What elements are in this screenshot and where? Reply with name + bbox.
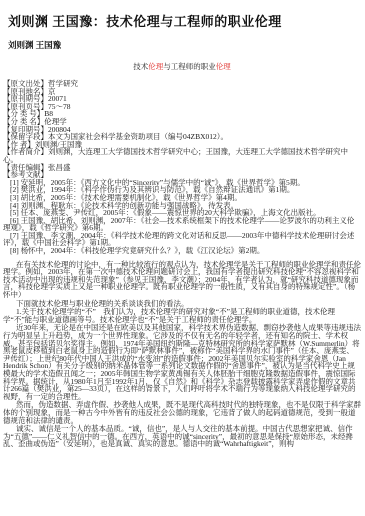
meta-value: 张昌盛	[48, 163, 71, 172]
meta-line: 【原刊页号】75～78	[3, 103, 361, 111]
article-subtitle: 技术伦理与工程师的职业伦理	[3, 63, 361, 71]
subtitle-text: 技术	[133, 62, 148, 71]
subtitle-highlight-term: 伦理	[148, 62, 163, 71]
paragraph: 在有关技术伦理的讨论中，有一种比较流行的观点认为，技术伦理学是关于工程师的职业伦…	[3, 261, 361, 299]
article-page: 刘则渊 王国豫：技术伦理与工程师的职业伦理 刘则渊 王国豫 技术伦理与工程师的职…	[0, 0, 365, 448]
reference-item: [7] 王国豫、李文潮，2004年：《科学技术伦理的跨文化对话和反思——2003…	[3, 232, 361, 247]
paragraph: 近30年来，无论是在中国还是在欧美以及其他国家，科学技术界伪造数据、剽窃抄袭他人…	[3, 324, 361, 400]
reference-item: [6] 王国豫、胡比希、刘则渊，2007年：《社会—技术系统框架下的技术伦理学—…	[3, 217, 361, 232]
meta-line: 【原文出处】哲学研究	[3, 80, 361, 88]
paragraph: 诚实、诚信是一个人的基本品质。“诚，信也”，是人与人交往的基本前提。中国古代思想…	[3, 425, 361, 448]
meta-line: 【责任编辑】张昌盛	[3, 164, 361, 172]
reference-item: [8] 杨怀中，2004年：《科技伦理学究竟研究什么？》，载《江汉论坛》第2期。	[3, 247, 361, 255]
paragraph: 1.关于技术伦理学的“不” 我们认为，技术伦理学的研究对象“不”是工程师的职业道…	[3, 308, 361, 323]
subtitle-text: 与工程师的职业	[163, 62, 216, 71]
meta-list: 【原文出处】哲学研究【原刊地名】京【原刊期号】20071【原刊页号】75～78【…	[3, 80, 361, 179]
article-authors: 刘则渊 王国豫	[8, 40, 361, 50]
meta-value: 刘则渊，大连理工大学德国技术哲学研究中心；王国豫，大连理工大学德国技术哲学研究中…	[3, 147, 348, 164]
article-body: 在有关技术伦理的讨论中，有一种比较流行的观点认为，技术伦理学是关于工程师的职业伦…	[3, 261, 361, 448]
page-title: 刘则渊 王国豫：技术伦理与工程师的职业伦理	[8, 14, 361, 29]
reference-list: [1] 安延明，2005年：《西方文化中的“Sincerity”与儒学中的“诚”…	[3, 179, 361, 255]
paragraph: 然而，伪造数据、弄虚作假、抄袭他人成果，既不是现代高科技时代的独特现象，也不是仅…	[3, 401, 361, 424]
meta-line: 【作者简介】刘则渊，大连理工大学德国技术哲学研究中心；王国豫，大连理工大学德国技…	[3, 148, 361, 163]
subtitle-highlight-term: 伦理	[216, 62, 231, 71]
